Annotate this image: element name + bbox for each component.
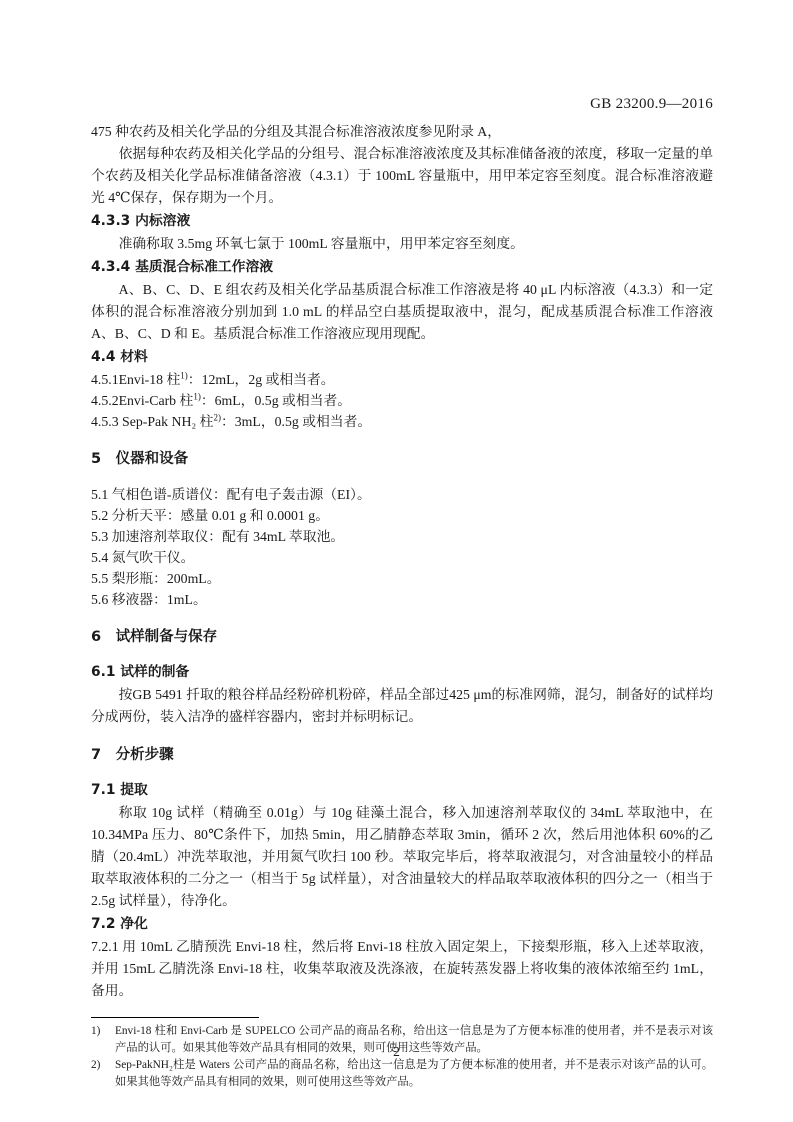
paragraph-4-3-4: A、B、C、D、E 组农药及相关化学品基质混合标准工作溶液是将 40 μL 内标… [91,279,713,345]
material-item-envi18: 4.5.1Envi-18 柱1)：12mL，2g 或相当者。 [91,369,713,390]
paragraph-mixed-standard-solution: 依据每种农药及相关化学品的分组号、混合标准溶液浓度及其标准储备液的浓度，移取一定… [91,143,713,209]
equipment-item-nitrogen: 5.4 氮气吹干仪。 [91,547,713,568]
footnote-marker: 2) [91,1057,115,1091]
footnote-separator-rule [91,1017,259,1018]
document-page: GB 23200.9—2016 475 种农药及相关化学品的分组及其混合标准溶液… [0,0,793,1122]
footnote-ref-1: 1) [193,391,201,401]
material-item-text: 4.5.3 Sep-Pak NH₂ 柱 [91,414,213,429]
material-item-seppak: 4.5.3 Sep-Pak NH₂ 柱2)：3mL，0.5g 或相当者。 [91,411,713,432]
section-heading-7-1: 7.1 提取 [91,780,713,801]
material-item-text: 4.5.2Envi-Carb 柱 [91,393,193,408]
paragraph-appendix-ref: 475 种农药及相关化学品的分组及其混合标准溶液浓度参见附录 A， [91,121,713,143]
section-heading-6-1: 6.1 试样的制备 [91,662,713,683]
material-item-envicarb: 4.5.2Envi-Carb 柱1)：6mL，0.5g 或相当者。 [91,390,713,411]
equipment-item-flask: 5.5 梨形瓶：200mL。 [91,568,713,589]
material-item-spec: ：3mL，0.5g 或相当者。 [221,414,371,429]
equipment-item-pipette: 5.6 移液器：1mL。 [91,589,713,610]
footnote-ref-1: 1) [180,370,188,380]
equipment-item-balance: 5.2 分析天平：感量 0.01 g 和 0.0001 g。 [91,505,713,526]
section-heading-7-2: 7.2 净化 [91,914,713,935]
section-heading-4-3-4: 4.3.4 基质混合标准工作溶液 [91,257,713,278]
paragraph-7-1: 称取 10g 试样（精确至 0.01g）与 10g 硅藻土混合，移入加速溶剂萃取… [91,802,713,912]
section-heading-7: 7 分析步骤 [91,745,713,765]
footnote-2: 2) Sep-PakNH₂柱是 Waters 公司产品的商品名称，给出这一信息是… [91,1057,713,1091]
section-heading-6: 6 试样制备与保存 [91,627,713,647]
section-heading-5: 5 仪器和设备 [91,449,713,469]
standard-number-header: GB 23200.9—2016 [91,95,713,113]
material-item-spec: ：12mL，2g 或相当者。 [188,372,335,387]
paragraph-7-2-1: 7.2.1 用 10mL 乙腈预洗 Envi-18 柱，然后将 Envi-18 … [91,936,713,1002]
section-heading-4-4: 4.4 材料 [91,347,713,368]
footnote-ref-2: 2) [213,412,221,422]
material-item-text: 4.5.1Envi-18 柱 [91,372,180,387]
section-heading-4-3-3: 4.3.3 内标溶液 [91,211,713,232]
equipment-item-gcms: 5.1 气相色谱-质谱仪：配有电子轰击源（EI）。 [91,484,713,505]
paragraph-4-3-3: 准确称取 3.5mg 环氧七氯于 100mL 容量瓶中，用甲苯定容至刻度。 [91,233,713,255]
material-item-spec: ：6mL，0.5g 或相当者。 [201,393,351,408]
paragraph-6-1: 按GB 5491 扦取的粮谷样品经粉碎机粉碎，样品全部过425 μm的标准网筛，… [91,684,713,728]
equipment-item-ase: 5.3 加速溶剂萃取仪：配有 34mL 萃取池。 [91,526,713,547]
footnote-text: Sep-PakNH₂柱是 Waters 公司产品的商品名称，给出这一信息是为了方… [115,1057,713,1091]
page-number: 2 [0,1044,793,1060]
